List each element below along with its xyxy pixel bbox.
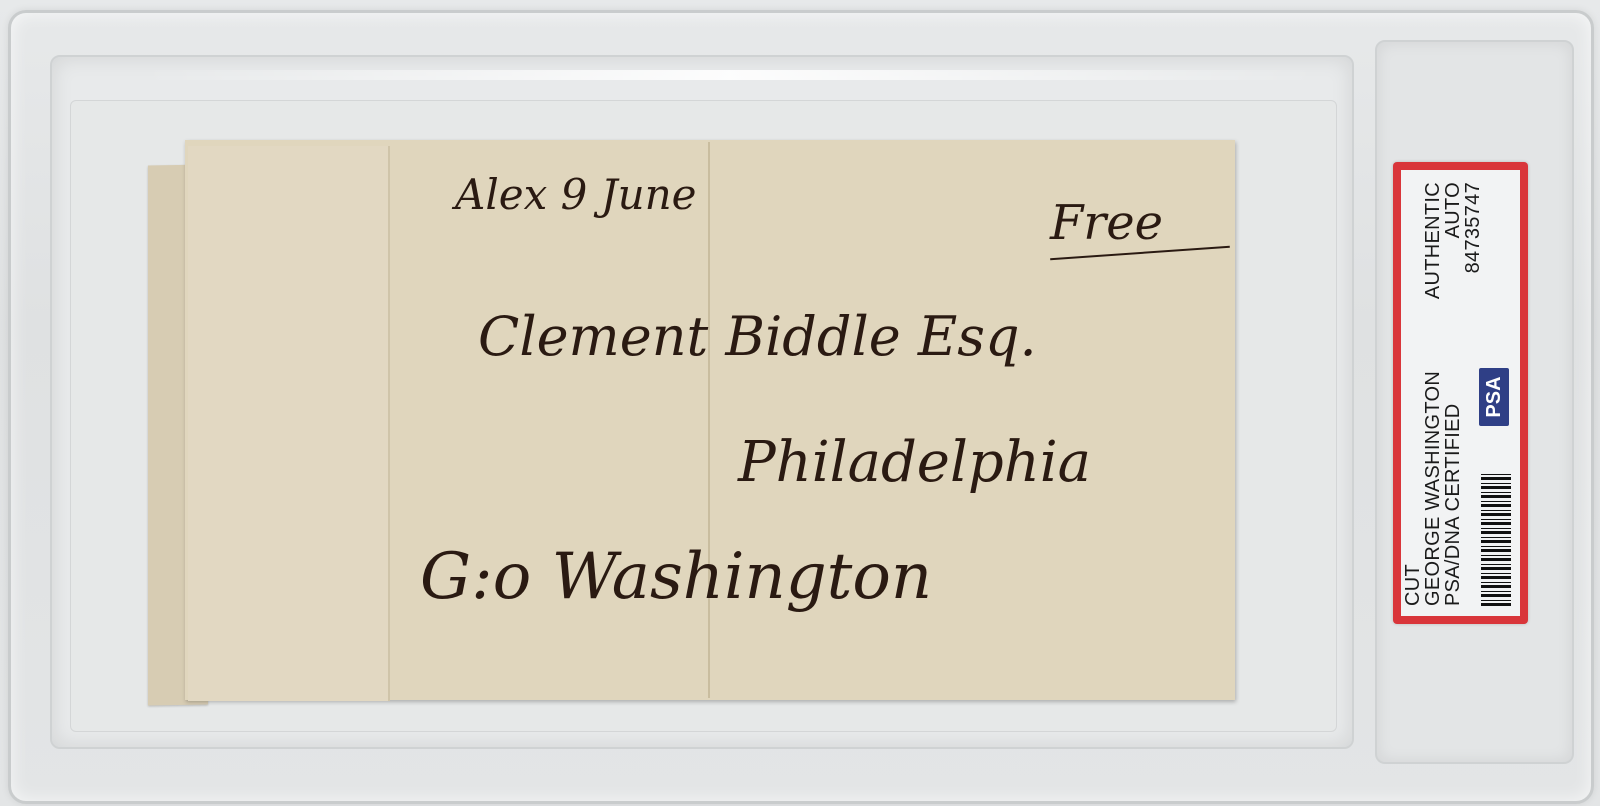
slab-glare	[140, 70, 1320, 80]
label-cert-number: 84735747	[1463, 182, 1483, 273]
psa-label-inner: CUT GEORGE WASHINGTON PSA/DNA CERTIFIED …	[1401, 170, 1520, 616]
addressee: Clement Biddle Esq.	[478, 305, 1037, 368]
address-city: Philadelphia	[738, 430, 1091, 495]
date-note: Alex 9 June	[455, 170, 697, 219]
label-subject: GEORGE WASHINGTON	[1423, 371, 1443, 606]
psa-label-content: CUT GEORGE WASHINGTON PSA/DNA CERTIFIED …	[1401, 170, 1520, 616]
signature: G:o Washington	[420, 540, 932, 614]
psa-logo-icon: PSA	[1479, 368, 1509, 426]
free-frank: Free	[1050, 195, 1163, 251]
barcode-icon	[1481, 471, 1511, 606]
label-status: AUTHENTIC	[1423, 182, 1443, 299]
faded-bleed-through-writing	[255, 200, 295, 580]
label-certifier: PSA/DNA CERTIFIED	[1443, 403, 1463, 606]
label-grade: AUTO	[1443, 182, 1463, 238]
label-type: CUT	[1403, 564, 1423, 606]
psa-label: CUT GEORGE WASHINGTON PSA/DNA CERTIFIED …	[1393, 162, 1528, 624]
psa-slab: Alex 9 June Free Clement Biddle Esq. Phi…	[0, 0, 1600, 806]
paper-fold-line	[708, 142, 710, 698]
